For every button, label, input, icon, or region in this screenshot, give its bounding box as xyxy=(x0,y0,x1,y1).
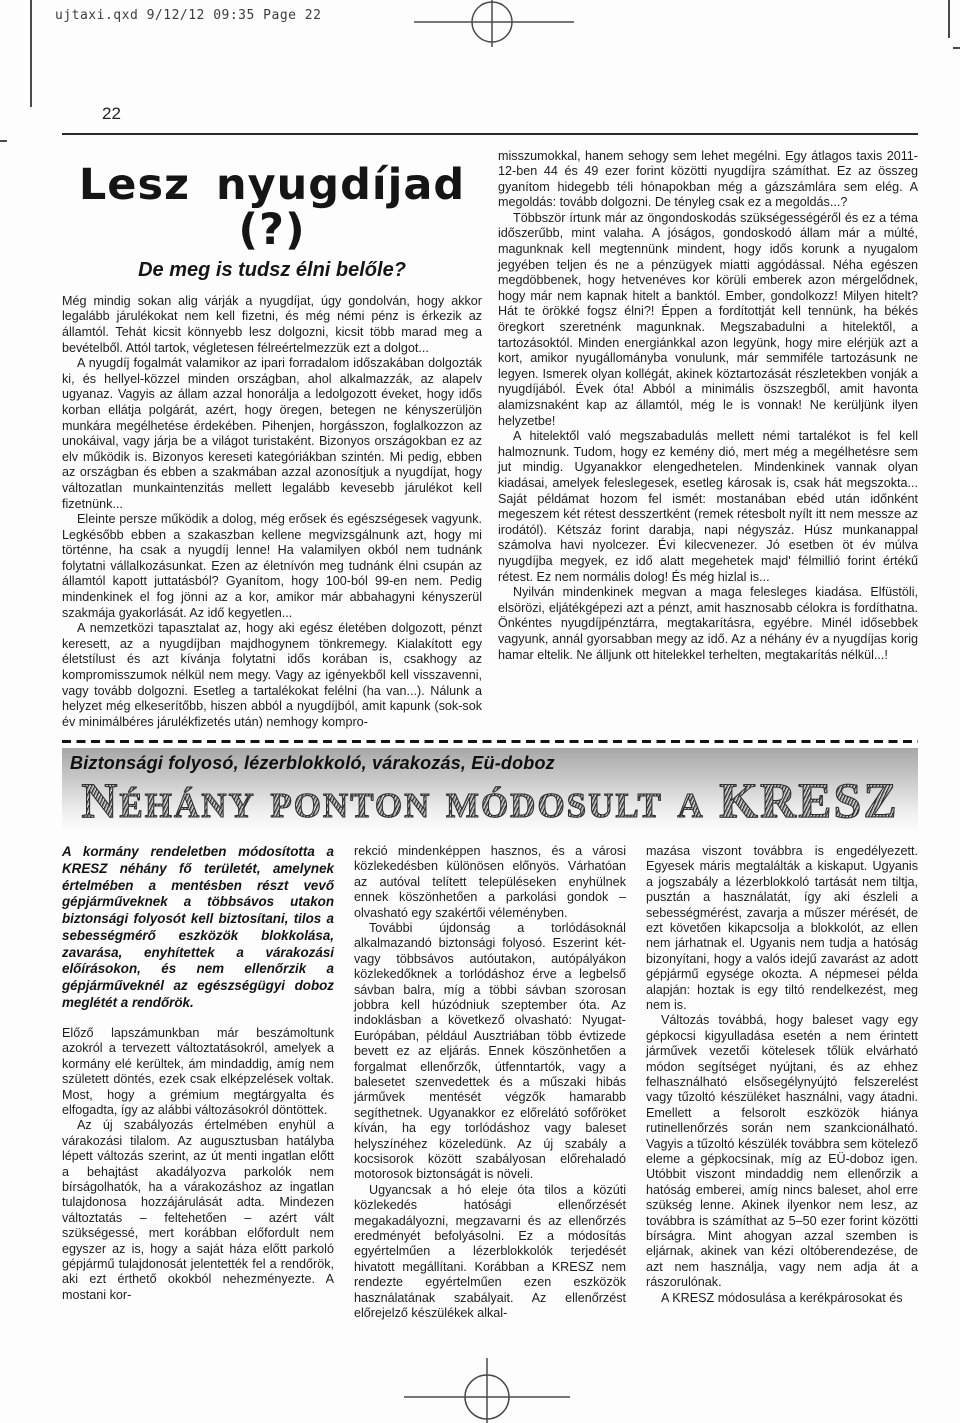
paragraph: A hitelektől való megszabadulás mellett … xyxy=(498,429,918,585)
header-rule xyxy=(62,133,918,135)
kresz-banner: Biztonsági folyosó, lézerblokkoló, várak… xyxy=(62,748,918,830)
pension-text-left: Még mindig sokan alig várják a nyugdíjat… xyxy=(62,294,482,731)
paragraph: Változás továbbá, hogy baleset vagy egy … xyxy=(646,1013,918,1290)
paragraph: Eleinte persze működik a dolog, még erős… xyxy=(62,512,482,621)
article-title: Lesz nyugdíjad (?) xyxy=(62,163,482,253)
dashed-divider xyxy=(62,740,918,743)
paragraph: További újdonság a torlódásoknál alkalma… xyxy=(354,921,626,1183)
kresz-kicker: Biztonsági folyosó, lézerblokkoló, várak… xyxy=(70,753,910,774)
paragraph: rekció mindenképpen hasznos, és a városi… xyxy=(354,844,626,921)
article-kresz: A kormány rendeletben módosította a KRES… xyxy=(62,844,918,1322)
crop-tick-left xyxy=(0,140,7,142)
page-content: 22 Lesz nyugdíjad (?) De meg is tudsz él… xyxy=(62,104,918,1322)
pension-column-right: misszumokkal, hanem sehogy sem lehet meg… xyxy=(498,149,918,731)
kresz-text-3: mazása viszont továbbra is engedélyezett… xyxy=(646,844,918,1306)
paragraph: Előző lapszámunkban már beszámoltunk azo… xyxy=(62,1026,334,1118)
kresz-headline: Néhány ponton módosult a KRESZ xyxy=(70,774,910,826)
crop-line-top-right xyxy=(948,0,950,38)
kresz-column-1: A kormány rendeletben módosította a KRES… xyxy=(62,844,334,1322)
paragraph: A KRESZ módosulása a kerékpárosokat és xyxy=(646,1291,918,1306)
kresz-column-3: mazása viszont továbbra is engedélyezett… xyxy=(646,844,918,1322)
registration-mark-top xyxy=(414,0,574,48)
pension-text-right: misszumokkal, hanem sehogy sem lehet meg… xyxy=(498,149,918,664)
article-pension: Lesz nyugdíjad (?) De meg is tudsz élni … xyxy=(62,149,918,731)
print-slug: ujtaxi.qxd 9/12/12 09:35 Page 22 xyxy=(55,8,321,23)
crop-line-top-left xyxy=(30,0,32,107)
paragraph: Többször írtunk már az öngondoskodás szü… xyxy=(498,211,918,429)
article-subtitle: De meg is tudsz élni belőle? xyxy=(62,259,482,282)
kresz-text-2: rekció mindenképpen hasznos, és a városi… xyxy=(354,844,626,1322)
paragraph: Az új szabályozás értelmében enyhül a vá… xyxy=(62,1118,334,1303)
kresz-column-2: rekció mindenképpen hasznos, és a városi… xyxy=(354,844,626,1322)
paragraph: mazása viszont továbbra is engedélyezett… xyxy=(646,844,918,1013)
paragraph: misszumokkal, hanem sehogy sem lehet meg… xyxy=(498,149,918,211)
paragraph: Ugyancsak a hó eleje óta tilos a közúti … xyxy=(354,1183,626,1322)
kresz-text-1: Előző lapszámunkban már beszámoltunk azo… xyxy=(62,1026,334,1303)
kresz-lead: A kormány rendeletben módosította a KRES… xyxy=(62,844,334,1012)
registration-mark-bottom xyxy=(404,1352,570,1423)
crop-tick-right xyxy=(953,47,960,49)
pension-column-left: Lesz nyugdíjad (?) De meg is tudsz élni … xyxy=(62,149,482,731)
magazine-page: ujtaxi.qxd 9/12/12 09:35 Page 22 22 Lesz… xyxy=(0,0,960,1423)
paragraph: A nyugdíj fogalmát valamikor az ipari fo… xyxy=(62,356,482,512)
paragraph: Még mindig sokan alig várják a nyugdíjat… xyxy=(62,294,482,356)
page-number: 22 xyxy=(62,104,918,124)
paragraph: A nemzetközi tapasztalat az, hogy aki eg… xyxy=(62,621,482,730)
lead-paragraph: A kormány rendeletben módosította a KRES… xyxy=(62,844,334,1012)
paragraph: Nyilván mindenkinek megvan a maga felesl… xyxy=(498,585,918,663)
